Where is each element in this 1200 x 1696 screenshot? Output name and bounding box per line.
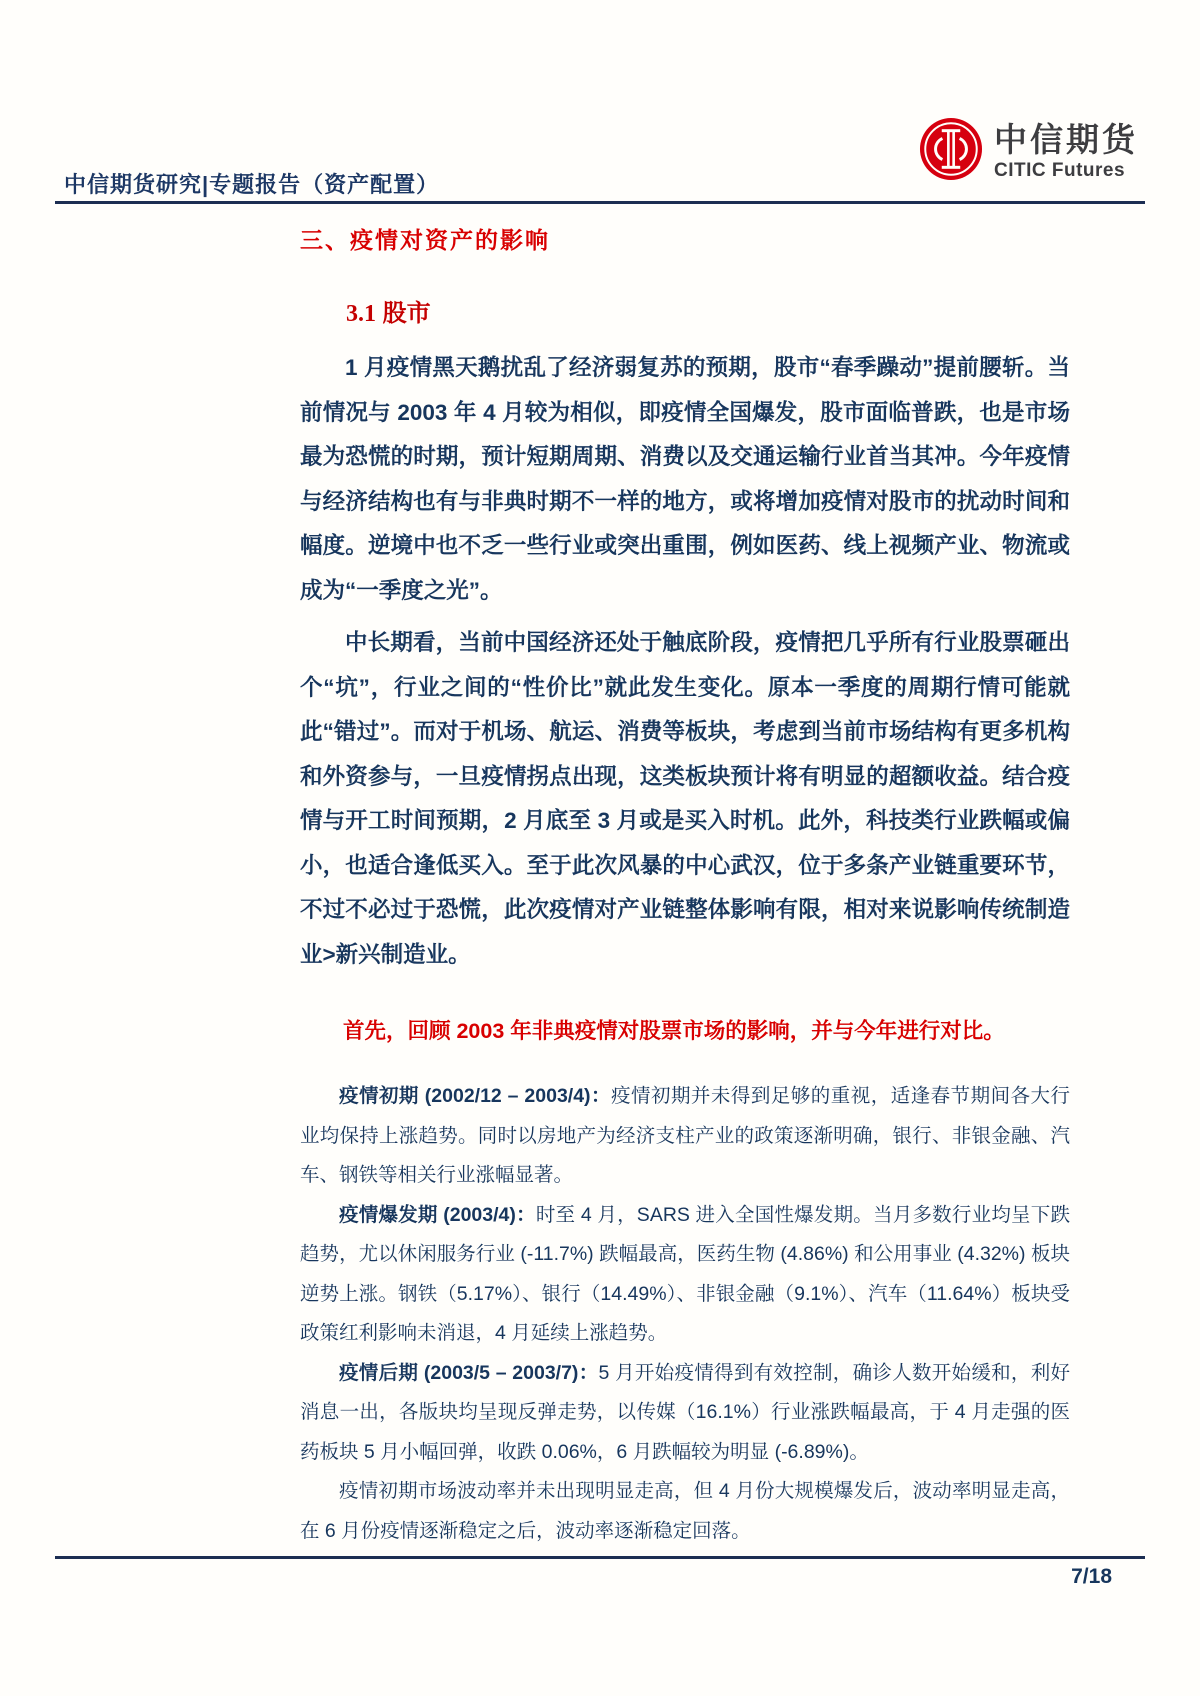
sars-phase-paragraphs: 疫情初期 (2002/12 – 2003/4)：疫情初期并未得到足够的重视，适逢… bbox=[300, 1077, 1070, 1551]
paragraph-volatility: 疫情初期市场波动率并未出现明显走高，但 4 月份大规模爆发后，波动率明显走高，在… bbox=[300, 1472, 1070, 1551]
main-content: 三、疫情对资产的影响 3.1 股市 1 月疫情黑天鹅扰乱了经济弱复苏的预期，股市… bbox=[300, 212, 1070, 1551]
paragraph-epidemic-late-lead: 疫情后期 (2003/5 – 2003/7)： bbox=[339, 1362, 599, 1384]
paragraph-epidemic-late: 疫情后期 (2003/5 – 2003/7)：5 月开始疫情得到有效控制，确诊人… bbox=[300, 1354, 1070, 1473]
paragraph-stock-midterm: 中长期看，当前中国经济还处于触底阶段，疫情把几乎所有行业股票砸出个“坑”，行业之… bbox=[300, 621, 1070, 977]
subsection-number: 3.1 bbox=[346, 301, 376, 327]
subsection-name: 股市 bbox=[383, 300, 431, 327]
paragraph-epidemic-outbreak: 疫情爆发期 (2003/4)：时至 4 月，SARS 进入全国性爆发期。当月多数… bbox=[300, 1196, 1070, 1354]
section-title: 三、疫情对资产的影响 bbox=[300, 222, 1070, 255]
paragraph-epidemic-outbreak-lead: 疫情爆发期 (2003/4)： bbox=[339, 1204, 536, 1226]
header-rule bbox=[55, 201, 1145, 204]
citic-logo-cn: 中信期货 bbox=[994, 123, 1138, 156]
subsection-title: 3.1 股市 bbox=[346, 293, 1070, 328]
footer-rule bbox=[55, 1556, 1145, 1559]
citic-logo-icon bbox=[918, 116, 984, 187]
citic-logo-block: 中信期货 CITIC Futures bbox=[918, 116, 1138, 187]
citic-logo-text: 中信期货 CITIC Futures bbox=[994, 123, 1138, 180]
paragraph-volatility-body: 疫情初期市场波动率并未出现明显走高，但 4 月份大规模爆发后，波动率明显走高，在… bbox=[300, 1480, 1070, 1542]
highlight-sars-review: 首先，回顾 2003 年非典疫情对股票市场的影响，并与今年进行对比。 bbox=[300, 1015, 1070, 1047]
report-header-title: 中信期货研究|专题报告（资产配置） bbox=[64, 168, 439, 199]
citic-logo-en: CITIC Futures bbox=[994, 161, 1138, 180]
page-number: 7/18 bbox=[1071, 1565, 1112, 1589]
paragraph-epidemic-early-lead: 疫情初期 (2002/12 – 2003/4)： bbox=[339, 1085, 611, 1107]
paragraph-epidemic-early: 疫情初期 (2002/12 – 2003/4)：疫情初期并未得到足够的重视，适逢… bbox=[300, 1077, 1070, 1196]
report-page: 中信期货研究|专题报告（资产配置） 中信期货 CITIC Futures 三、疫… bbox=[0, 0, 1200, 1696]
paragraph-stock-shortterm: 1 月疫情黑天鹅扰乱了经济弱复苏的预期，股市“春季躁动”提前腰斩。当前情况与 2… bbox=[300, 346, 1070, 613]
